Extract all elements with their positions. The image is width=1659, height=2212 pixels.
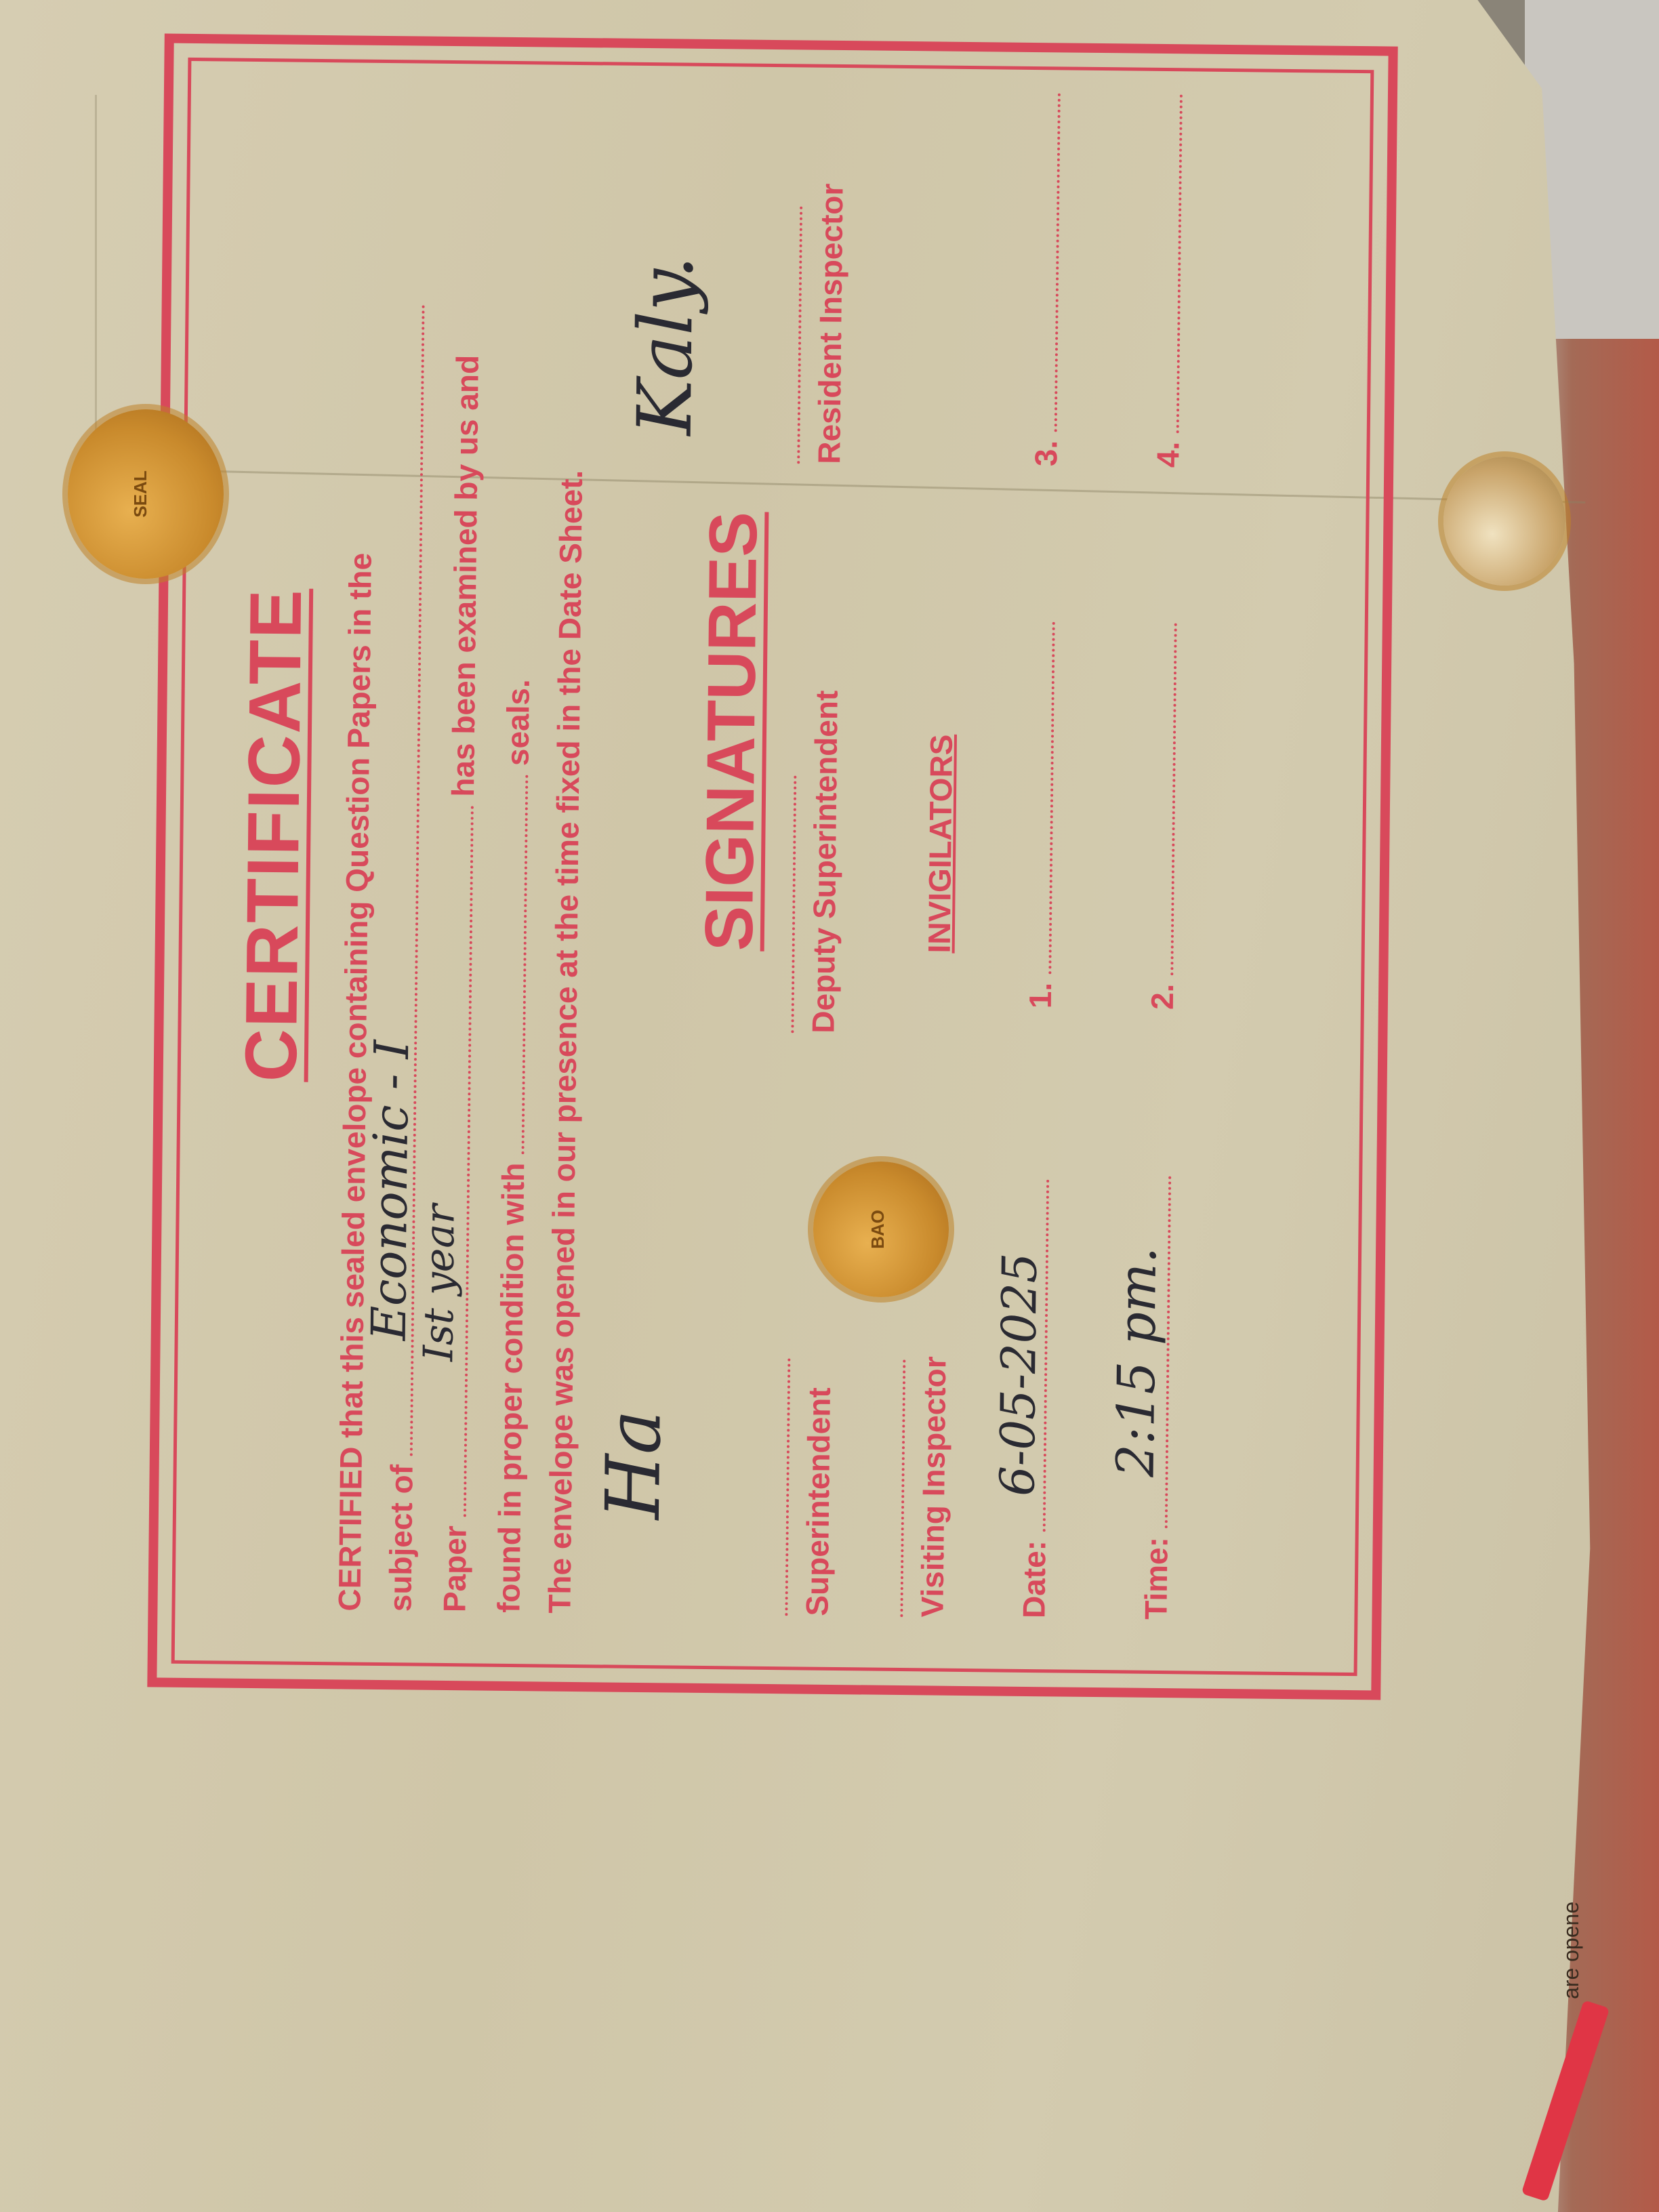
invigilator-2-label: 2. [1145, 983, 1180, 1010]
superintendent-signature: Ha [590, 1410, 678, 1520]
invigilators-label: INVIGILATORS [921, 734, 960, 953]
resident-signature: Kaly. [621, 255, 710, 436]
examined-text: has been examined by us and [445, 355, 485, 797]
invigilator-2-line [1157, 623, 1176, 975]
wax-seal-right [1443, 457, 1565, 586]
found-text: found in proper condition with [491, 1162, 531, 1613]
certificate-block: CERTIFICATE CERTIFIED that this sealed e… [195, 91, 1364, 1635]
date-value: 6-05-2025 [989, 1252, 1048, 1496]
visiting-sign-line [900, 1359, 905, 1617]
invigilator-4-row: 4. [1149, 94, 1190, 468]
date-label: Date: [1016, 1540, 1052, 1619]
visiting-inspector-label: Visiting Inspector [914, 1356, 953, 1618]
invigilator-2-row: 2. [1144, 623, 1185, 1010]
edge-text: are opene [1559, 1902, 1584, 1999]
subject-row: subject of [382, 304, 432, 1612]
subject-value: Economic - I [361, 1040, 420, 1340]
invigilator-4-line [1163, 94, 1183, 433]
seal-text: BAO [867, 1162, 888, 1297]
invigilator-3-row: 3. [1027, 93, 1068, 467]
paper-value: Ist year [415, 1204, 464, 1361]
seals-count-line [508, 775, 528, 1154]
invigilator-3-line [1041, 93, 1061, 432]
signatures-heading: SIGNATURES [691, 511, 773, 951]
superintendent-sign-line [785, 1358, 790, 1616]
paper-line [450, 805, 474, 1517]
deputy-superintendent-label: Deputy Superintendent [804, 690, 844, 1033]
time-label: Time: [1138, 1537, 1174, 1620]
wax-seal-center: BAO [813, 1162, 949, 1297]
resident-sign-line [797, 206, 802, 464]
seal-text: SEAL [130, 409, 151, 579]
subject-label: subject of [382, 1465, 419, 1612]
superintendent-label: Superintendent [798, 1387, 838, 1616]
seals-text: seals. [499, 679, 535, 766]
condition-row: found in proper condition with seals. [490, 679, 536, 1613]
invigilator-4-label: 4. [1150, 441, 1185, 468]
time-value: 2:15 pm. [1105, 1246, 1168, 1477]
invigilator-1-line [1035, 621, 1054, 974]
paper-label: Paper [436, 1525, 472, 1612]
invigilator-1-label: 1. [1023, 982, 1058, 1008]
wax-seal-left: SEAL [68, 409, 224, 579]
resident-inspector-label: Resident Inspector [811, 183, 850, 464]
opened-line: The envelope was opened in our presence … [541, 470, 590, 1614]
certificate-stage: CERTIFICATE CERTIFIED that this sealed e… [0, 0, 1659, 2212]
invigilator-1-row: 1. [1022, 621, 1063, 1009]
paper-row: Paper has been examined by us and [436, 355, 485, 1613]
invigilator-3-label: 3. [1028, 440, 1063, 466]
certificate-title: CERTIFICATE [228, 588, 319, 1082]
deputy-sign-line [791, 775, 796, 1033]
